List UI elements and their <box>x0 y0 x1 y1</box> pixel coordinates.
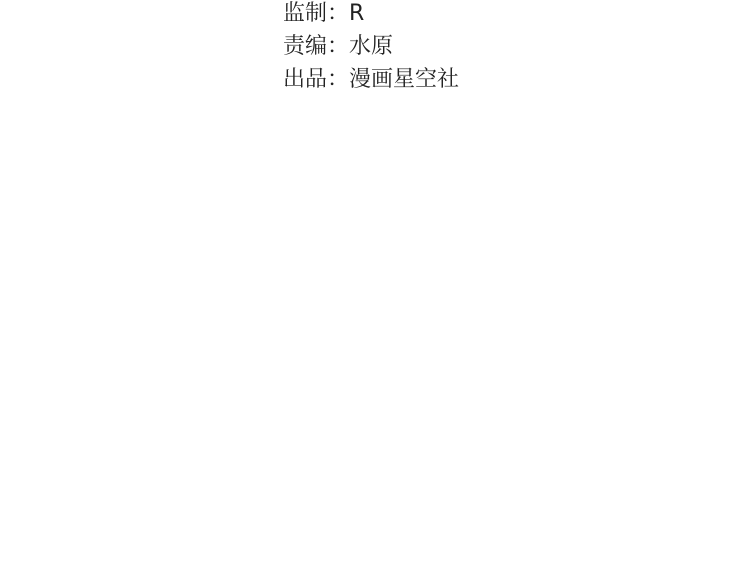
credit-line-supervisor: 监制：R <box>283 0 459 30</box>
credits-block: 监制：R 责编：水原 出品：漫画星空社 <box>283 0 459 96</box>
credit-role-value: R <box>349 1 364 26</box>
credit-role-value: 水原 <box>349 34 393 59</box>
credit-role-label: 责编： <box>283 34 349 59</box>
credit-role-value: 漫画星空社 <box>349 67 459 92</box>
credit-line-producer: 出品：漫画星空社 <box>283 63 459 96</box>
comic-page: 监制：R 责编：水原 出品：漫画星空社 <box>0 0 750 586</box>
credit-role-label: 监制： <box>283 1 349 26</box>
credit-role-label: 出品： <box>283 67 349 92</box>
credit-line-editor: 责编：水原 <box>283 30 459 63</box>
